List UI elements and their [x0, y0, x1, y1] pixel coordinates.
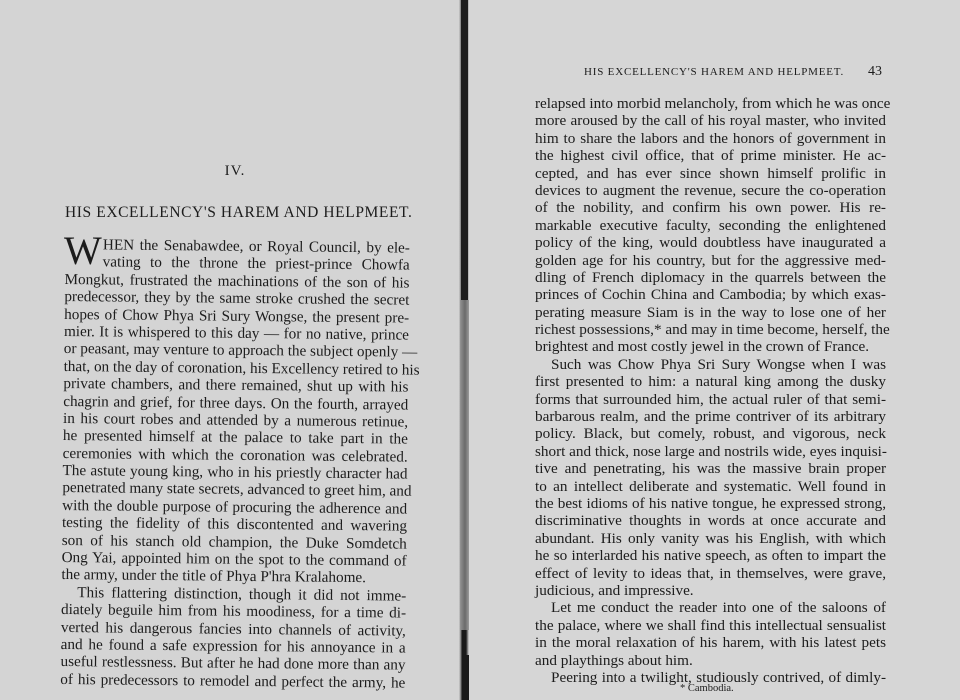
text-line: to an intellect deliberate and systemati…	[535, 478, 886, 495]
text-line: brightest and most costly jewel in the c…	[535, 338, 886, 355]
text-line: and playthings about him.	[535, 652, 886, 669]
left-page-body: HEN the Senabawdee, or Royal Council, by…	[60, 236, 410, 692]
text-line: more aroused by the call of his royal ma…	[535, 112, 886, 129]
gutter-shadow-top	[461, 0, 468, 310]
text-line: of the nobility, and confirm his own pow…	[535, 199, 886, 216]
text-line: Let me conduct the reader into one of th…	[535, 599, 886, 616]
text-line: judicious, and impressive.	[535, 582, 886, 599]
text-line: the highest civil office, that of prime …	[535, 147, 886, 164]
text-line: princes of Cochin China and Cambodia; by…	[535, 286, 886, 303]
text-line: first presented to him: a natural king a…	[535, 373, 886, 390]
text-line: barbarous realm, and the prime contriver…	[535, 408, 886, 425]
right-page-body: relapsed into morbid melancholy, from wh…	[535, 95, 886, 686]
text-line: markable executive faculty, seconding th…	[535, 217, 886, 234]
text-line: perating measure Siam is in the way to l…	[535, 304, 886, 321]
text-line: the best idioms of his native tongue, he…	[535, 495, 886, 512]
text-line: effect of levity to ideas that, in thems…	[535, 565, 886, 582]
text-line: cepted, and has ever since shown himself…	[535, 165, 886, 182]
text-line: relapsed into morbid melancholy, from wh…	[535, 95, 886, 112]
text-line: policy of the king, would doubtless have…	[535, 234, 886, 251]
text-line: policy. Black, but comely, robust, and v…	[535, 425, 886, 442]
gutter-shadow-middle	[461, 300, 469, 630]
footnote: * Cambodia.	[680, 683, 734, 694]
chapter-number: IV.	[0, 163, 470, 180]
text-line: golden age for his country, but for the …	[535, 252, 886, 269]
running-head: HIS EXCELLENCY'S HAREM AND HELPMEET.	[584, 66, 844, 78]
text-line: Such was Chow Phya Sri Sury Wongse when …	[535, 356, 886, 373]
gutter-shadow-bottom	[462, 655, 469, 700]
text-line: abundant. His only vanity was his Englis…	[535, 530, 886, 547]
text-line: short and thick, nose large and nostrils…	[535, 443, 886, 460]
text-line: of his predecessors to remodel and perfe…	[60, 671, 405, 692]
text-line: devices to augment the revenue, secure t…	[535, 182, 886, 199]
text-line: the palace, where we shall find this int…	[535, 617, 886, 634]
text-line: forms that surrounded him, the actual ru…	[535, 391, 886, 408]
text-line: discriminative thoughts in words at once…	[535, 512, 886, 529]
text-line: dling of French diplomacy in the quarrel…	[535, 269, 886, 286]
text-line: him to share the labors and the honors o…	[535, 130, 886, 147]
chapter-title: HIS EXCELLENCY'S HAREM AND HELPMEET.	[65, 204, 412, 222]
text-line: in the moral relaxation of his harem, wi…	[535, 634, 886, 651]
text-line: tive and penetrating, his was the massiv…	[535, 460, 886, 477]
page-number: 43	[868, 64, 882, 80]
text-line: he so interlarded his native speech, as …	[535, 547, 886, 564]
text-line: richest possessions,* and may in time be…	[535, 321, 886, 338]
